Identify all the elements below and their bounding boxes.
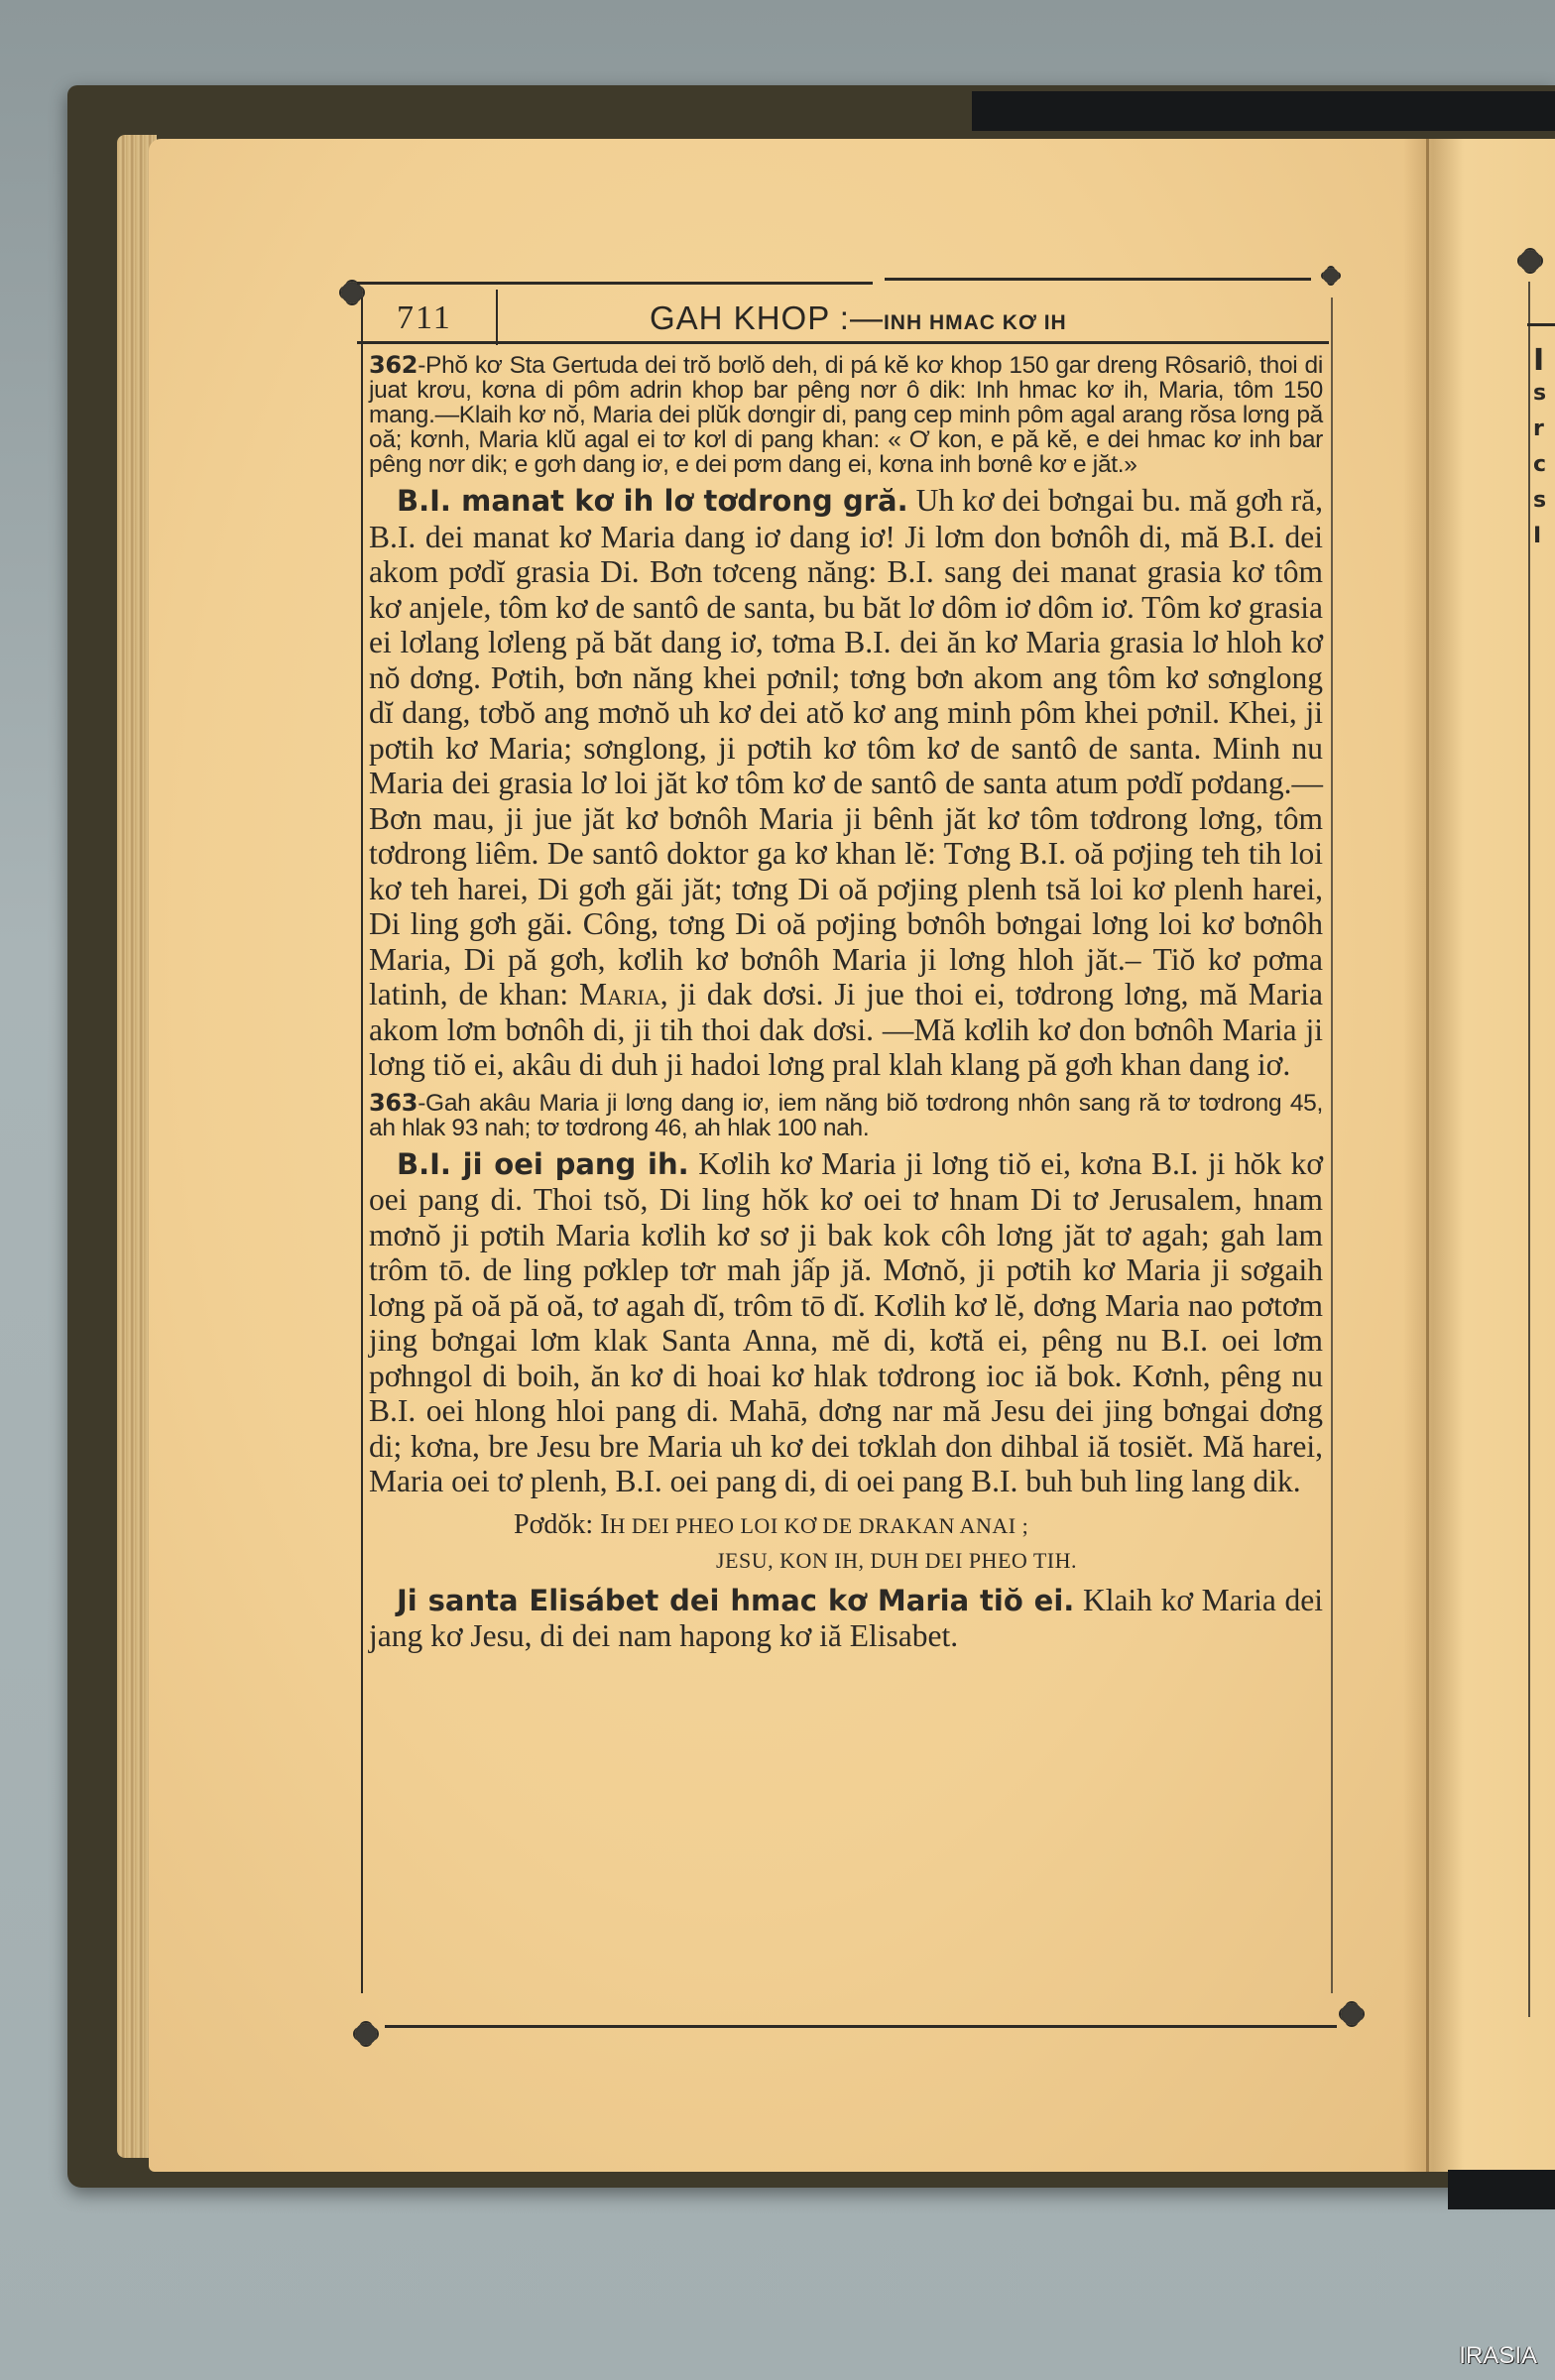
flower-ornament-icon: [355, 2023, 377, 2045]
gutter-crease: [1426, 139, 1429, 2172]
flower-ornament-icon: [1323, 268, 1339, 284]
verse-initial: I: [600, 1509, 609, 1540]
section-text: Kơlih kơ Maria ji lơng tiŏ ei, kơna B.I.…: [369, 1146, 1323, 1499]
note-number: 362: [369, 351, 418, 379]
smallcaps-word: Maria: [579, 977, 660, 1011]
verse-text: H DEI PHEO LOI KƠ DE DRAKAN ANAI ;: [610, 1513, 1029, 1538]
running-head-sub: INH HMAC KƠ IH: [884, 311, 1067, 334]
page-header: 711 GAH KHOP :—INH HMAC KƠ IH: [347, 290, 1329, 349]
right-page-glyph: I: [1533, 343, 1544, 378]
header-divider: [496, 290, 498, 345]
note-number: 363: [369, 1089, 418, 1117]
watermark: IRASIA: [1459, 2342, 1537, 2370]
running-head-main: GAH KHOP :—: [650, 299, 884, 336]
page-number: 711: [397, 299, 452, 337]
prayer-verse: Pơdŏk: IH DEI PHEO LOI KƠ DE DRAKAN ANAI…: [369, 1507, 1323, 1579]
book-spine-bottom: [1448, 2170, 1555, 2209]
right-page-glyph: r: [1533, 416, 1544, 441]
footnote-363: 363-Gah akâu Maria ji lơng dang iơ, iem …: [369, 1091, 1323, 1140]
page-body: 362-Phŏ kơ Sta Gertuda dei trŏ bơlŏ deh,…: [369, 353, 1323, 1654]
section-heading: Ji santa Elisábet dei hmac kơ Maria tiŏ …: [397, 1584, 1074, 1617]
verse-line-2: JESU, KON IH, DUH DEI PHEO TIH.: [369, 1543, 1323, 1579]
verse-line-1: Pơdŏk: IH DEI PHEO LOI KƠ DE DRAKAN ANAI…: [369, 1507, 1323, 1544]
verse-label: Pơdŏk:: [514, 1509, 593, 1540]
section-elisabet: Ji santa Elisábet dei hmac kơ Maria tiŏ …: [369, 1583, 1323, 1654]
right-page-glyph: s: [1533, 488, 1546, 513]
section-manat: B.I. manat kơ ih lơ tơdrong gră. Uh kơ d…: [369, 483, 1323, 1083]
note-text: -Gah akâu Maria ji lơng dang iơ, iem năn…: [369, 1090, 1323, 1141]
page-gutter: [1403, 139, 1463, 2172]
right-page-rule: [1527, 323, 1555, 326]
footnote-362: 362-Phŏ kơ Sta Gertuda dei trŏ bơlŏ deh,…: [369, 353, 1323, 477]
bottom-rule: [385, 2025, 1337, 2028]
right-page-glyph: s: [1533, 381, 1546, 406]
note-text: -Phŏ kơ Sta Gertuda dei trŏ bơlŏ deh, di…: [369, 352, 1323, 478]
top-rule: [357, 282, 873, 285]
left-frame-line: [361, 297, 363, 1993]
section-heading: B.I. ji oei pang ih.: [397, 1147, 689, 1181]
right-page-glyph: I: [1533, 524, 1541, 548]
right-frame-line: [1331, 297, 1333, 1993]
section-oei-pang: B.I. ji oei pang ih. Kơlih kơ Maria ji l…: [369, 1146, 1323, 1499]
right-page-glyph: c: [1533, 452, 1546, 477]
flower-ornament-icon: [1519, 250, 1541, 272]
book-spine-top: [972, 91, 1555, 131]
section-heading: B.I. manat kơ ih lơ tơdrong gră.: [397, 484, 908, 518]
top-rule: [885, 278, 1311, 281]
running-head: GAH KHOP :—INH HMAC KƠ IH: [650, 299, 1067, 337]
right-page-frame: [1528, 282, 1530, 2017]
flower-ornament-icon: [1341, 2003, 1363, 2025]
section-text: Uh kơ dei bơngai bu. mă gơh ră, B.I. dei…: [369, 483, 1323, 1011]
